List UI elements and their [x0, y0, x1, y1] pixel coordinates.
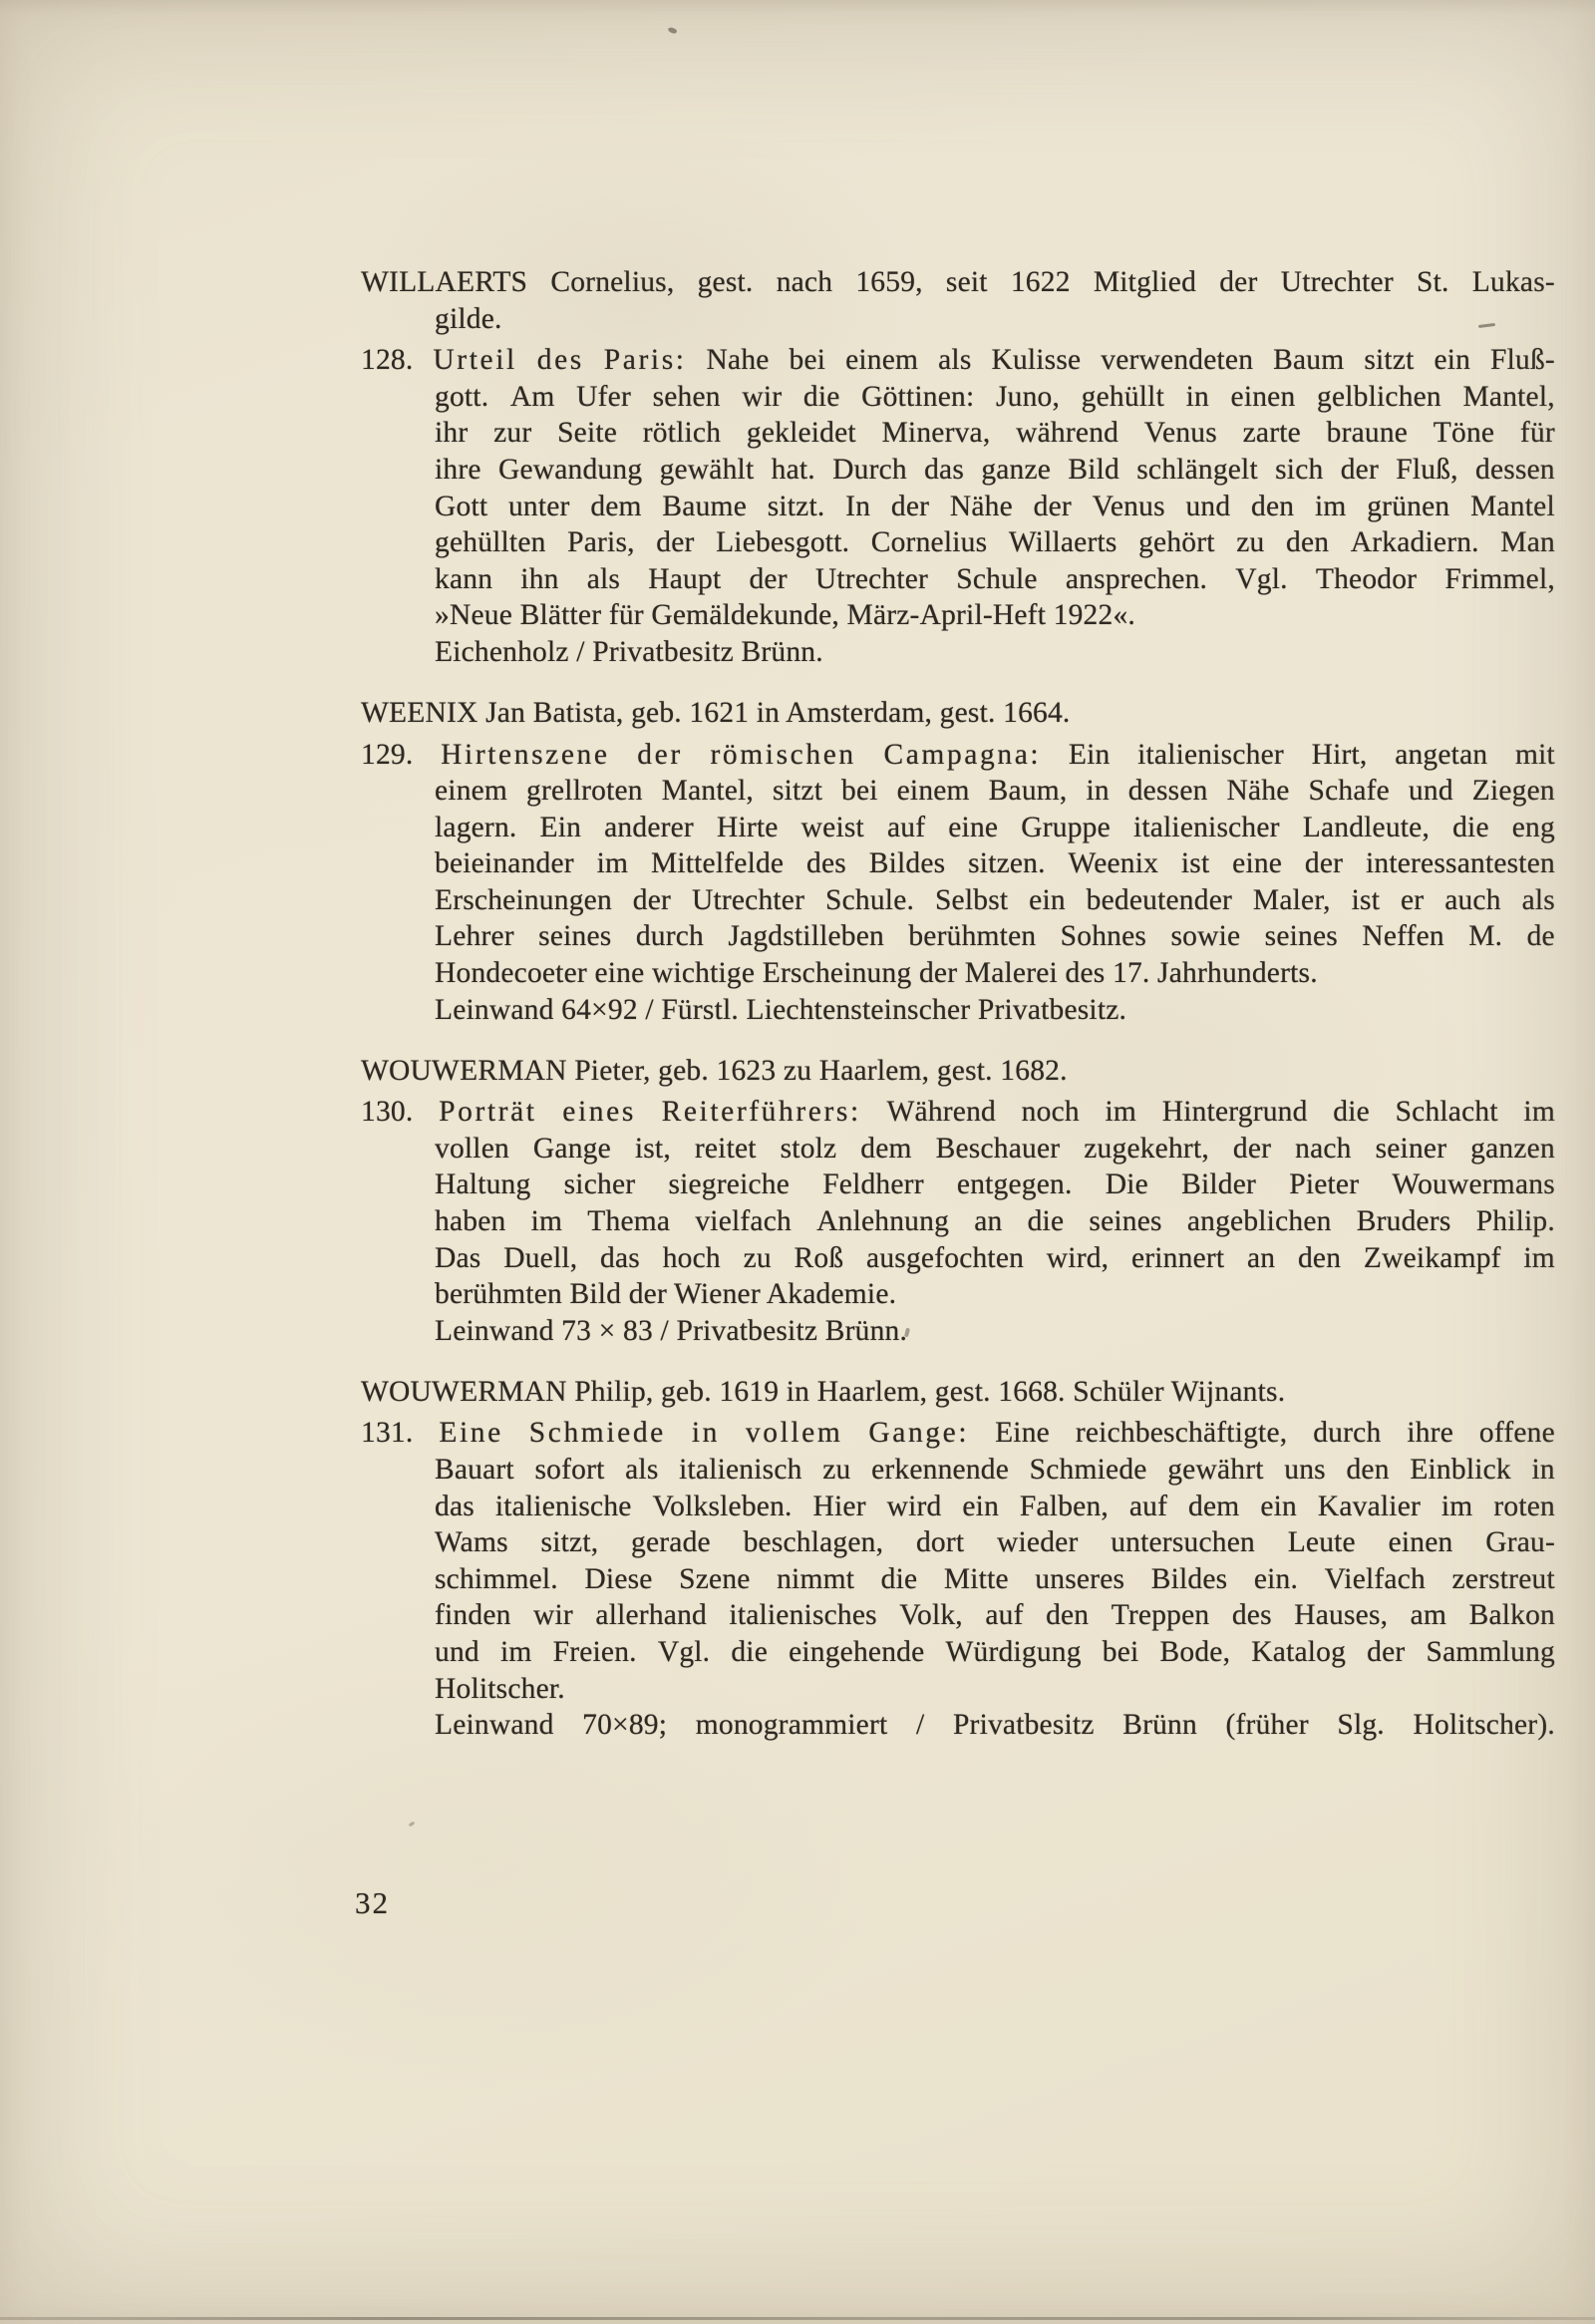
- entry-title-word: der: [637, 737, 682, 774]
- word: unter: [508, 489, 570, 525]
- word: Selbst: [935, 882, 1008, 919]
- word: eine: [948, 810, 998, 846]
- word: unseres: [1035, 1561, 1124, 1598]
- word: wir: [533, 1597, 573, 1634]
- word: einen: [1389, 1524, 1453, 1561]
- word: Mantel,: [662, 773, 754, 810]
- heading-word: 1622: [1011, 264, 1071, 301]
- word: sitzt: [1364, 342, 1414, 379]
- entry-line: Leinwand 64×92 / Fürstl. Liechtensteinsc…: [435, 992, 1555, 1029]
- word: der: [1233, 1131, 1271, 1167]
- word: allerhand: [595, 1597, 707, 1634]
- entry-line: lagern.EinandererHirteweistaufeineGruppe…: [435, 810, 1555, 846]
- word: Hintergrund: [1162, 1094, 1308, 1131]
- entry-line: HaltungsichersiegreicheFeldherrentgegen.…: [435, 1166, 1555, 1203]
- word: Hier: [813, 1489, 866, 1525]
- entry-title-word: Reiterführers:: [662, 1094, 861, 1131]
- word: erkennende: [871, 1452, 1009, 1489]
- word: Schlacht: [1396, 1094, 1498, 1131]
- entry-title-word: des: [537, 342, 584, 379]
- heading-word: WILLAERTS: [361, 264, 527, 301]
- entry-line: 130.PorträteinesReiterführers:Währendnoc…: [361, 1094, 1555, 1131]
- word: Hirte: [717, 810, 779, 846]
- word: Eine: [995, 1415, 1050, 1452]
- word: Haltung: [435, 1166, 530, 1203]
- scanned-catalog-page: WILLAERTSCornelius,gest.nach1659,seit162…: [0, 0, 1595, 2324]
- word: Feldherr: [822, 1166, 924, 1203]
- word: Töne: [1434, 415, 1494, 452]
- word: der: [891, 489, 929, 525]
- word: an: [974, 1203, 1002, 1240]
- entry-line: DasDuell,dashochzuRoßausgefochtenwird,er…: [435, 1240, 1555, 1277]
- entry-title-word: eines: [562, 1094, 636, 1131]
- word: zerstreut: [1452, 1561, 1555, 1598]
- word: eng: [1512, 810, 1555, 846]
- word: Würdigung: [946, 1634, 1082, 1671]
- word: zu: [744, 1240, 772, 1277]
- ink-speck-footer: [409, 1822, 416, 1827]
- catalog-entry: 130.PorträteinesReiterführers:Währendnoc…: [435, 1094, 1555, 1349]
- word: Fluß-: [1490, 342, 1555, 379]
- word: im: [1106, 1094, 1137, 1131]
- word: Bildes: [1151, 1561, 1228, 1598]
- word: im: [1315, 489, 1347, 525]
- entry-line: LehrerseinesdurchJagdstillebenberühmtenS…: [435, 918, 1555, 955]
- entry-line: »Neue Blätter für Gemäldekunde, März-Apr…: [435, 597, 1555, 634]
- word: reitet: [695, 1131, 757, 1167]
- entry-line: kannihnalsHauptderUtrechterSchuleansprec…: [435, 561, 1555, 598]
- word: die: [1333, 1094, 1370, 1131]
- word: auf: [985, 1597, 1023, 1634]
- word: Nahe: [707, 342, 770, 379]
- word: sitzt,: [541, 1524, 599, 1561]
- word: in: [1186, 379, 1209, 416]
- word: Bildes: [869, 845, 946, 882]
- entry-title-word: vollem: [746, 1415, 843, 1452]
- heading-word: nach: [777, 264, 833, 301]
- word: Nähe: [950, 489, 1013, 525]
- word: roten: [1493, 1489, 1555, 1525]
- word: gehört: [1138, 524, 1215, 561]
- word: (früher: [1226, 1707, 1309, 1744]
- word: Während: [886, 1094, 996, 1131]
- word: noch: [1022, 1094, 1080, 1131]
- word: italienischer: [1133, 810, 1280, 846]
- word: auch: [1444, 882, 1501, 919]
- word: Paris,: [567, 524, 635, 561]
- word: Szene: [679, 1561, 750, 1598]
- word: Willaerts: [1009, 524, 1117, 561]
- word: Schule: [956, 561, 1038, 598]
- scan-bottom-edge: [0, 2317, 1595, 2320]
- word: Mantel,: [1462, 379, 1554, 416]
- word: zu: [1236, 524, 1264, 561]
- word: eine: [1232, 845, 1282, 882]
- word: ihre: [435, 452, 481, 489]
- word: siegreiche: [668, 1166, 790, 1203]
- word: Weenix: [1069, 845, 1159, 882]
- word: italienische: [495, 1489, 632, 1525]
- word: im: [1441, 1489, 1473, 1525]
- word: ein: [1260, 1489, 1297, 1525]
- word: bei: [1103, 1634, 1139, 1671]
- word: Das: [435, 1240, 480, 1277]
- word: dem: [590, 489, 641, 525]
- heading-word: Utrechter: [1281, 264, 1394, 301]
- word: gekleidet: [747, 415, 856, 452]
- word: Venus: [1093, 489, 1165, 525]
- word: finden: [435, 1597, 511, 1634]
- word: sich: [1275, 452, 1323, 489]
- word: sicher: [564, 1166, 636, 1203]
- word: Utrechter: [815, 561, 928, 598]
- word: Schmiede: [1030, 1452, 1147, 1489]
- word: wird: [887, 1489, 942, 1525]
- word: Juno,: [996, 379, 1060, 416]
- word: ganze: [981, 452, 1051, 489]
- word: entgegen.: [957, 1166, 1073, 1203]
- word: de: [1527, 918, 1555, 955]
- word: seines: [1265, 918, 1338, 955]
- entry-line: Hondecoeter eine wichtige Erscheinung de…: [435, 955, 1555, 992]
- word: des: [806, 845, 846, 882]
- word: sitzt: [773, 773, 822, 810]
- heading-word: 1659,: [855, 264, 922, 301]
- word: und: [1185, 489, 1230, 525]
- word: als: [938, 342, 971, 379]
- word: seines: [538, 918, 611, 955]
- word: und: [435, 1634, 479, 1671]
- entry-line: berühmten Bild der Wiener Akademie.: [435, 1276, 1555, 1313]
- word: der: [1341, 452, 1379, 489]
- word: zur: [493, 415, 531, 452]
- heading-word: der: [1219, 264, 1257, 301]
- word: den: [1298, 1240, 1341, 1277]
- word: schlängelt: [1136, 452, 1258, 489]
- word: den: [1286, 524, 1329, 561]
- word: das: [435, 1489, 475, 1525]
- word: Katalog: [1251, 1634, 1346, 1671]
- word: Schafe: [1309, 773, 1390, 810]
- word: ihre: [1407, 1415, 1453, 1452]
- word: Bruders: [1357, 1203, 1451, 1240]
- word: ist: [1181, 845, 1209, 882]
- word: Thema: [587, 1203, 670, 1240]
- catalog-section: WEENIX Jan Batista, geb. 1621 in Amsterd…: [361, 695, 1555, 1028]
- word: ein: [1029, 882, 1066, 919]
- word: gehüllt: [1082, 379, 1164, 416]
- word: ein.: [1254, 1561, 1298, 1598]
- word: Wouwermans: [1392, 1166, 1554, 1203]
- word: angeblichen: [1187, 1203, 1332, 1240]
- word: Gewandung: [498, 452, 642, 489]
- word: offene: [1479, 1415, 1555, 1452]
- word: Kavalier: [1318, 1489, 1421, 1525]
- word: durch: [636, 918, 704, 955]
- entry-line: vollenGangeist,reitetstolzdemBeschauerzu…: [435, 1131, 1555, 1167]
- word: eingehende: [789, 1634, 924, 1671]
- word: Sammlung: [1427, 1634, 1555, 1671]
- word: Roß: [795, 1240, 844, 1277]
- word: nach: [1295, 1131, 1352, 1167]
- word: ganzen: [1470, 1131, 1555, 1167]
- entry-line: dasitalienischeVolksleben.HierwirdeinFal…: [435, 1489, 1555, 1525]
- word: Minerva,: [882, 415, 991, 452]
- word: das: [924, 452, 964, 489]
- word: der: [656, 524, 694, 561]
- word: als: [587, 561, 620, 598]
- word: vollen: [435, 1131, 509, 1167]
- word: Ein: [1069, 737, 1111, 774]
- word: Vgl.: [1235, 561, 1287, 598]
- word: einem: [845, 342, 918, 379]
- word: Erscheinungen: [435, 882, 612, 919]
- entry-line: habenimThemavielfachAnlehnungandieseines…: [435, 1203, 1555, 1240]
- word: als: [625, 1452, 658, 1489]
- word: ist,: [635, 1131, 671, 1167]
- word: ihr: [435, 415, 468, 452]
- entry-line: undimFreien.Vgl.dieeingehendeWürdigungbe…: [435, 1634, 1555, 1671]
- word: Cornelius: [871, 524, 988, 561]
- word: Hauses,: [1294, 1597, 1388, 1634]
- word: die: [881, 1561, 918, 1598]
- word: Bild: [1068, 452, 1119, 489]
- word: sofort: [534, 1452, 604, 1489]
- word: wieder: [997, 1524, 1078, 1561]
- word: Leute: [1288, 1524, 1356, 1561]
- word: einem: [435, 773, 507, 810]
- word: italienisches: [729, 1597, 876, 1634]
- word: Jagdstilleben: [728, 918, 884, 955]
- word: Diese: [584, 1561, 652, 1598]
- word: Fluß,: [1396, 452, 1457, 489]
- word: Holitscher).: [1413, 1707, 1554, 1744]
- entry-title-word: Hirtenszene: [441, 737, 609, 774]
- word: ausgefochten: [866, 1240, 1024, 1277]
- word: die: [803, 379, 840, 416]
- word: ist: [1352, 882, 1380, 919]
- catalog-entry: 129.HirtenszenederrömischenCampagna:Eini…: [435, 737, 1555, 1029]
- word: verwendeten: [1101, 342, 1253, 379]
- word: Sohnes: [1061, 918, 1146, 955]
- word: Durch: [832, 452, 907, 489]
- word: Philip.: [1476, 1203, 1555, 1240]
- word: Volk,: [899, 1597, 963, 1634]
- word: Wams: [435, 1524, 508, 1561]
- word: grünen: [1367, 489, 1449, 525]
- word: als: [1522, 882, 1555, 919]
- word: Theodor: [1316, 561, 1417, 598]
- word: 70×89;: [582, 1707, 667, 1744]
- word: braune: [1327, 415, 1408, 452]
- word: im: [1523, 1094, 1555, 1131]
- word: vielfach: [695, 1203, 792, 1240]
- word: Nähe: [1227, 773, 1290, 810]
- entry-title-word: in: [692, 1415, 720, 1452]
- word: Gange: [533, 1131, 611, 1167]
- word: Mantel: [1470, 489, 1555, 525]
- word: Anlehnung: [816, 1203, 949, 1240]
- word: seiner: [1376, 1131, 1447, 1167]
- word: italienisch: [679, 1452, 801, 1489]
- word: hat.: [772, 452, 815, 489]
- word: reichbeschäftigte,: [1076, 1415, 1287, 1452]
- artist-heading-line: WOUWERMAN Philip, geb. 1619 in Haarlem, …: [435, 1374, 1555, 1411]
- entry-line: Leinwand70×89;monogrammiert/Privatbesitz…: [435, 1707, 1555, 1744]
- word: Vgl.: [658, 1634, 710, 1671]
- catalog-section: WOUWERMAN Philip, geb. 1619 in Haarlem, …: [361, 1374, 1555, 1744]
- word: Baume: [662, 489, 747, 525]
- entry-title-word: Campagna:: [883, 737, 1041, 774]
- word: wird,: [1047, 1240, 1109, 1277]
- word: Leinwand: [435, 1707, 554, 1744]
- entry-number: 129.: [361, 737, 413, 774]
- catalog-text: WILLAERTSCornelius,gest.nach1659,seit162…: [361, 264, 1555, 1744]
- word: er: [1401, 882, 1424, 919]
- entry-number: 131.: [361, 1415, 413, 1452]
- word: Utrechter: [692, 882, 804, 919]
- word: Venus: [1144, 415, 1217, 452]
- word: während: [1016, 415, 1118, 452]
- word: Privatbesitz: [953, 1707, 1095, 1744]
- word: grellroten: [526, 773, 643, 810]
- heading-word: seit: [946, 264, 988, 301]
- catalog-section: WOUWERMAN Pieter, geb. 1623 zu Haarlem, …: [361, 1053, 1555, 1350]
- word: dessen: [1128, 773, 1208, 810]
- word: auf: [1129, 1489, 1167, 1525]
- word: gewählt: [660, 452, 755, 489]
- word: Bauart: [435, 1452, 514, 1489]
- word: monogrammiert: [696, 1707, 888, 1744]
- word: an: [1247, 1240, 1275, 1277]
- heading-word: gest.: [698, 264, 754, 301]
- word: die: [731, 1634, 768, 1671]
- word: zarte: [1243, 415, 1301, 452]
- word: Neffen: [1362, 918, 1444, 955]
- word: Treppen: [1112, 1597, 1210, 1634]
- entry-line: Leinwand 73 × 83 / Privatbesitz Brünn.: [435, 1313, 1555, 1350]
- word: Einblick: [1410, 1452, 1511, 1489]
- word: In: [845, 489, 870, 525]
- word: Baum: [1273, 342, 1344, 379]
- word: Ufer: [576, 379, 631, 416]
- word: schimmel.: [435, 1561, 558, 1598]
- heading-word: Lukas-: [1472, 264, 1555, 301]
- entry-title-word: Eine: [439, 1415, 502, 1452]
- word: ein: [962, 1489, 999, 1525]
- word: Schule.: [825, 882, 914, 919]
- word: sitzt.: [768, 489, 825, 525]
- catalog-section: WILLAERTSCornelius,gest.nach1659,seit162…: [361, 264, 1555, 671]
- word: zugekehrt,: [1084, 1131, 1209, 1167]
- entry-line: beieinanderimMittelfeldedesBildessitzen.…: [435, 845, 1555, 882]
- word: M.: [1468, 918, 1502, 955]
- word: Ziegen: [1472, 773, 1555, 810]
- word: Freien.: [553, 1634, 637, 1671]
- entry-number: 128.: [361, 342, 413, 379]
- word: der: [633, 882, 671, 919]
- word: italienischer: [1137, 737, 1284, 774]
- word: Am: [510, 379, 555, 416]
- word: Vielfach: [1325, 1561, 1426, 1598]
- word: sitzen.: [968, 845, 1046, 882]
- word: ein: [1434, 342, 1470, 379]
- word: dort: [916, 1524, 964, 1561]
- word: Brünn: [1122, 1707, 1197, 1744]
- entry-line: ErscheinungenderUtrechterSchule.Selbstei…: [435, 882, 1555, 919]
- entry-number: 130.: [361, 1094, 413, 1131]
- word: Seite: [557, 415, 617, 452]
- word: sehen: [653, 379, 721, 416]
- word: am: [1411, 1597, 1446, 1634]
- word: für: [1520, 415, 1555, 452]
- entry-line: Eichenholz / Privatbesitz Brünn.: [435, 634, 1555, 671]
- word: Haupt: [648, 561, 721, 598]
- entry-line: einemgrellrotenMantel,sitztbeieinemBaum,…: [435, 773, 1555, 810]
- entry-line: gott.AmUfersehenwirdieGöttinen:Juno,gehü…: [435, 379, 1555, 416]
- word: zu: [822, 1452, 850, 1489]
- word: gewährt: [1167, 1452, 1263, 1489]
- word: Arkadiern.: [1351, 524, 1479, 561]
- word: Göttinen:: [861, 379, 974, 416]
- word: /: [916, 1707, 924, 1744]
- heading-word: Cornelius,: [550, 264, 674, 301]
- word: in: [1532, 1452, 1555, 1489]
- word: dem: [860, 1131, 911, 1167]
- word: in: [1086, 773, 1109, 810]
- word: Man: [1500, 524, 1555, 561]
- word: sowie: [1170, 918, 1240, 955]
- heading-word: Mitglied: [1094, 264, 1196, 301]
- word: beieinander: [435, 845, 574, 882]
- entry-line: Wamssitzt,geradebeschlagen,dortwiederunt…: [435, 1524, 1555, 1561]
- word: uns: [1284, 1452, 1326, 1489]
- word: Landleute,: [1303, 810, 1430, 846]
- word: ihn: [520, 561, 558, 598]
- catalog-entry: 131.EineSchmiedeinvollemGange:Einereichb…: [435, 1415, 1555, 1743]
- word: der: [1367, 1634, 1405, 1671]
- word: angetan: [1395, 737, 1487, 774]
- word: wir: [742, 379, 782, 416]
- word: Hirt,: [1312, 737, 1368, 774]
- word: Pieter: [1289, 1166, 1359, 1203]
- word: Falben,: [1020, 1489, 1109, 1525]
- entry-line: BauartsofortalsitalienischzuerkennendeSc…: [435, 1452, 1555, 1489]
- entry-line: gehülltenParis,derLiebesgott.CorneliusWi…: [435, 524, 1555, 561]
- word: gott.: [435, 379, 488, 416]
- word: der: [1034, 489, 1072, 525]
- word: im: [500, 1634, 532, 1671]
- entry-line: 129.HirtenszenederrömischenCampagna:Eini…: [361, 737, 1555, 774]
- entry-title-word: römischen: [710, 737, 855, 774]
- word: der: [749, 561, 787, 598]
- page-number: 32: [355, 1885, 390, 1921]
- word: Liebesgott.: [716, 524, 849, 561]
- entry-line: findenwirallerhanditalienischesVolk,aufd…: [435, 1597, 1555, 1634]
- word: beschlagen,: [744, 1524, 884, 1561]
- artist-heading-line: WEENIX Jan Batista, geb. 1621 in Amsterd…: [435, 695, 1555, 732]
- word: dessen: [1475, 452, 1555, 489]
- word: den: [1046, 1597, 1089, 1634]
- word: im: [597, 845, 629, 882]
- word: gelblichen: [1317, 379, 1441, 416]
- heading-word: St.: [1417, 264, 1449, 301]
- word: dem: [1188, 1489, 1239, 1525]
- word: durch: [1313, 1415, 1381, 1452]
- word: die: [1452, 810, 1489, 846]
- artist-heading-line: gilde.: [435, 301, 1555, 338]
- entry-line: 131.EineSchmiedeinvollemGange:Einereichb…: [361, 1415, 1555, 1452]
